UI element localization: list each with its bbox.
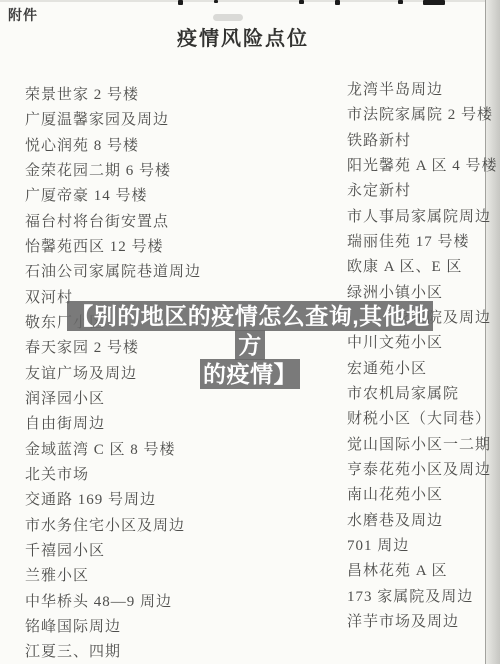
scan-artifact [335, 0, 340, 5]
list-item: 洋芋市场及周边 [347, 610, 499, 635]
list-item: 南山花苑小区 [347, 483, 499, 508]
scan-artifact [299, 0, 304, 4]
list-item: 金荣花园二期 6 号楼 [25, 159, 315, 184]
list-item: 福台村将台街安置点 [25, 210, 315, 235]
list-item: 阳光馨苑 A 区 4 号楼 [347, 154, 499, 179]
caption-overlay-text: 【别的地区的疫情怎么查询,其他地方的疫情】 [67, 301, 432, 389]
list-item: 广厦温馨家园及周边 [25, 108, 315, 133]
list-item: 市人事局家属院周边 [347, 205, 499, 230]
list-item: 润泽园小区 [25, 387, 315, 412]
list-item: 江夏三、四期 [25, 640, 315, 664]
list-item: 永定新村 [347, 179, 499, 204]
list-item: 石油公司家属院巷道周边 [25, 260, 315, 285]
list-item: 兰雅小区 [25, 564, 315, 589]
scan-artifact [398, 0, 403, 4]
caption-overlay: 【别的地区的疫情怎么查询,其他地方的疫情】 [63, 302, 437, 389]
list-item: 欧康 A 区、E 区 [347, 255, 499, 280]
list-item: 亨泰花苑小区及周边 [347, 458, 499, 483]
caption-line-2: 的疫情】 [203, 361, 297, 387]
list-item: 金域蓝湾 C 区 8 号楼 [25, 438, 315, 463]
scan-artifact [423, 0, 445, 5]
list-item: 173 家属院及周边 [347, 585, 499, 610]
list-item: 荣景世家 2 号楼 [25, 83, 315, 108]
scan-smudge [213, 14, 243, 21]
list-item: 北关市场 [25, 463, 315, 488]
scan-artifact [214, 0, 218, 3]
list-item: 市法院家属院 2 号楼 [347, 103, 499, 128]
list-item: 自由街周边 [25, 412, 315, 437]
list-item: 瑞丽佳苑 17 号楼 [347, 230, 499, 255]
list-item: 铁路新村 [347, 129, 499, 154]
list-item: 悦心润苑 8 号楼 [25, 134, 315, 159]
list-item: 701 周边 [347, 534, 499, 559]
list-item: 千禧园小区 [25, 539, 315, 564]
page-title: 疫情风险点位 [0, 22, 486, 51]
list-item: 中华桥头 48—9 周边 [25, 590, 315, 615]
list-item: 广厦帝豪 14 号楼 [25, 184, 315, 209]
caption-line-1: 【别的地区的疫情怎么查询,其他地方 [70, 303, 429, 358]
list-item: 龙湾半岛周边 [347, 78, 499, 103]
list-item: 觉山国际小区一二期 [347, 433, 499, 458]
scanned-document-page: 附件 疫情风险点位 荣景世家 2 号楼广厦温馨家园及周边悦心润苑 8 号楼金荣花… [0, 0, 500, 664]
list-item: 财税小区（大同巷） [347, 407, 499, 432]
scan-artifact [178, 0, 183, 5]
list-item: 市水务住宅小区及周边 [25, 514, 315, 539]
list-item: 昌林花苑 A 区 [347, 559, 499, 584]
list-item: 铭峰国际周边 [25, 615, 315, 640]
list-item: 水磨巷及周边 [347, 509, 499, 534]
list-item: 交通路 169 号周边 [25, 488, 315, 513]
list-item: 怡馨苑西区 12 号楼 [25, 235, 315, 260]
